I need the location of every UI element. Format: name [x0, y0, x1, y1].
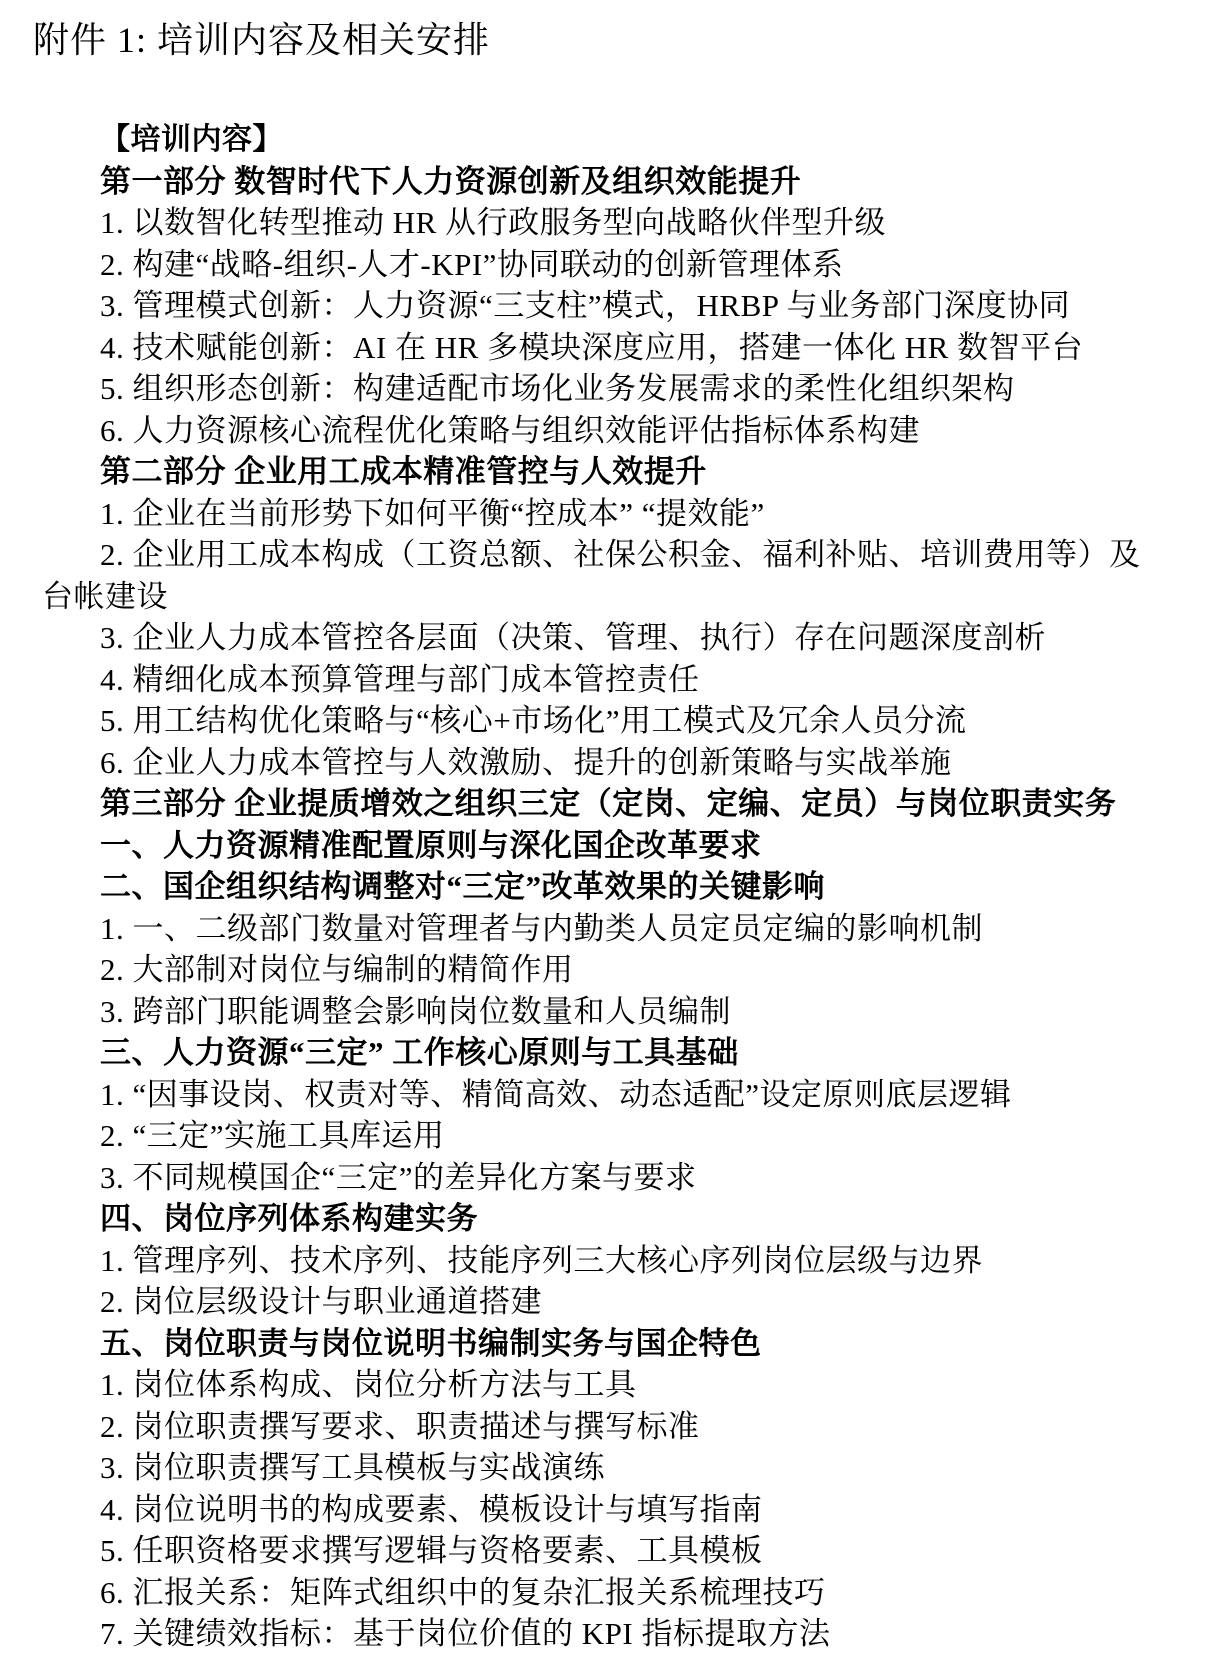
sub-heading-4: 四、岗位序列体系构建实务: [42, 1198, 1207, 1240]
numbered-item: 1. 以数智化转型推动 HR 从行政服务型向战略伙伴型升级: [42, 202, 1207, 244]
numbered-item: 1. 岗位体系构成、岗位分析方法与工具: [42, 1364, 1207, 1406]
numbered-item: 2. 构建“战略-组织-人才-KPI”协同联动的创新管理体系: [42, 244, 1207, 286]
continuation-line: 台帐建设: [42, 576, 1207, 618]
numbered-item: 2. 企业用工成本构成（工资总额、社保公积金、福利补贴、培训费用等）及: [42, 534, 1207, 576]
numbered-item: 1. 企业在当前形势下如何平衡“控成本” “提效能”: [42, 493, 1207, 535]
numbered-item: 6. 企业人力成本管控与人效激励、提升的创新策略与实战举施: [42, 742, 1207, 784]
numbered-item: 1. “因事设岗、权责对等、精简高效、动态适配”设定原则底层逻辑: [42, 1074, 1207, 1116]
part-heading-3: 第三部分 企业提质增效之组织三定（定岗、定编、定员）与岗位职责实务: [42, 783, 1207, 825]
numbered-item: 5. 用工结构优化策略与“核心+市场化”用工模式及冗余人员分流: [42, 700, 1207, 742]
attachment-title: 附件 1: 培训内容及相关安排: [33, 18, 490, 62]
part-heading-1: 第一部分 数智时代下人力资源创新及组织效能提升: [42, 161, 1207, 203]
numbered-item: 2. “三定”实施工具库运用: [42, 1115, 1207, 1157]
numbered-item: 2. 大部制对岗位与编制的精简作用: [42, 949, 1207, 991]
numbered-item: 7. 关键绩效指标：基于岗位价值的 KPI 指标提取方法: [42, 1613, 1207, 1655]
numbered-item: 1. 一、二级部门数量对管理者与内勤类人员定员定编的影响机制: [42, 908, 1207, 950]
numbered-item: 3. 企业人力成本管控各层面（决策、管理、执行）存在问题深度剖析: [42, 617, 1207, 659]
numbered-item: 4. 岗位说明书的构成要素、模板设计与填写指南: [42, 1489, 1207, 1531]
sub-heading-1: 一、人力资源精准配置原则与深化国企改革要求: [42, 825, 1207, 867]
numbered-item: 6. 人力资源核心流程优化策略与组织效能评估指标体系构建: [42, 410, 1207, 452]
numbered-item: 3. 不同规模国企“三定”的差异化方案与要求: [42, 1157, 1207, 1199]
numbered-item: 2. 岗位层级设计与职业通道搭建: [42, 1281, 1207, 1323]
content-section-header: 【培训内容】: [42, 119, 1207, 161]
part-heading-2: 第二部分 企业用工成本精准管控与人效提升: [42, 451, 1207, 493]
numbered-item: 2. 岗位职责撰写要求、职责描述与撰写标准: [42, 1406, 1207, 1448]
numbered-item: 5. 组织形态创新：构建适配市场化业务发展需求的柔性化组织架构: [42, 368, 1207, 410]
numbered-item: 3. 岗位职责撰写工具模板与实战演练: [42, 1447, 1207, 1489]
document-body: 【培训内容】 第一部分 数智时代下人力资源创新及组织效能提升 1. 以数智化转型…: [42, 119, 1207, 1655]
numbered-item: 3. 跨部门职能调整会影响岗位数量和人员编制: [42, 991, 1207, 1033]
numbered-item: 4. 精细化成本预算管理与部门成本管控责任: [42, 659, 1207, 701]
sub-heading-2: 二、国企组织结构调整对“三定”改革效果的关键影响: [42, 866, 1207, 908]
numbered-item: 5. 任职资格要求撰写逻辑与资格要素、工具模板: [42, 1530, 1207, 1572]
numbered-item: 1. 管理序列、技术序列、技能序列三大核心序列岗位层级与边界: [42, 1240, 1207, 1282]
numbered-item: 4. 技术赋能创新：AI 在 HR 多模块深度应用，搭建一体化 HR 数智平台: [42, 327, 1207, 369]
sub-heading-5: 五、岗位职责与岗位说明书编制实务与国企特色: [42, 1323, 1207, 1365]
numbered-item: 3. 管理模式创新：人力资源“三支柱”模式，HRBP 与业务部门深度协同: [42, 285, 1207, 327]
sub-heading-3: 三、人力资源“三定” 工作核心原则与工具基础: [42, 1032, 1207, 1074]
numbered-item: 6. 汇报关系：矩阵式组织中的复杂汇报关系梳理技巧: [42, 1572, 1207, 1614]
